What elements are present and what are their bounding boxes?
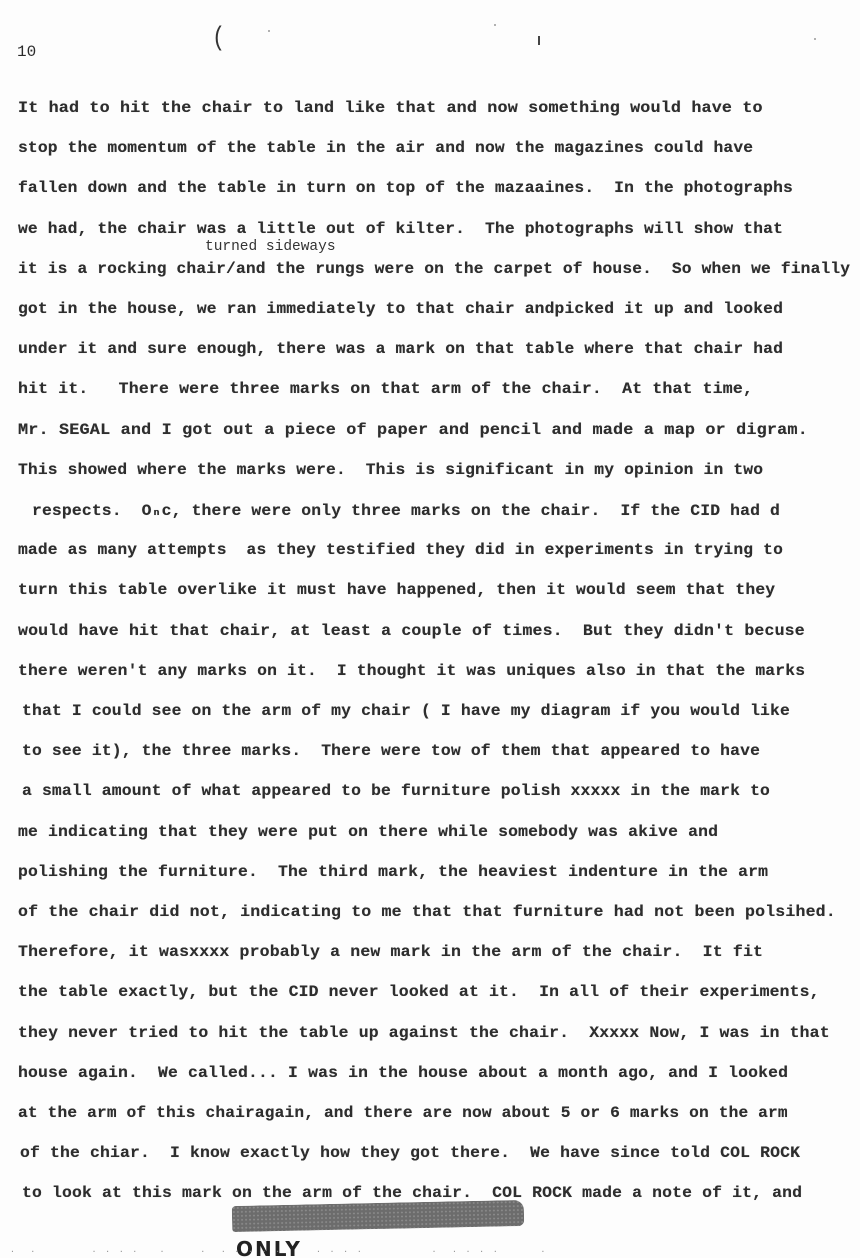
stray-mark-tick xyxy=(538,36,540,45)
text-line: of the chair did not, indicating to me t… xyxy=(18,903,836,921)
speck xyxy=(268,30,270,32)
text-line: got in the house, we ran immediately to … xyxy=(18,300,783,318)
text-line: house again. We called... I was in the h… xyxy=(18,1064,788,1082)
text-line: respects. Oₙc, there were only three mar… xyxy=(22,501,780,520)
text-line: there weren't any marks on it. I thought… xyxy=(18,662,805,680)
text-line: polishing the furniture. The third mark,… xyxy=(18,863,768,881)
stray-mark-paren: ( xyxy=(212,24,225,54)
text-line: at the arm of this chairagain, and there… xyxy=(18,1104,788,1122)
text-line: Mr. SEGAL and I got out a piece of paper… xyxy=(18,421,808,439)
text-line: the table exactly, but the CID never loo… xyxy=(18,983,820,1001)
text-line: stop the momentum of the table in the ai… xyxy=(18,139,753,157)
text-line: we had, the chair was a little out of ki… xyxy=(18,220,783,238)
text-line: to look at this mark on the arm of the c… xyxy=(22,1184,802,1202)
text-line: Therefore, it wasxxxx probably a new mar… xyxy=(18,943,763,961)
text-line: This showed where the marks were. This i… xyxy=(18,461,763,479)
text-line: of the chiar. I know exactly how they go… xyxy=(20,1144,800,1162)
text-line: to see it), the three marks. There were … xyxy=(22,742,760,760)
page-number: 10 xyxy=(17,43,36,61)
text-line: would have hit that chair, at least a co… xyxy=(18,622,805,640)
interlinear-insert: turned sideways xyxy=(205,239,336,255)
text-line: they never tried to hit the table up aga… xyxy=(18,1024,830,1042)
text-line: me indicating that they were put on ther… xyxy=(18,823,718,841)
text-line: it is a rocking chair/and the rungs were… xyxy=(18,260,850,278)
text-line: It had to hit the chair to land like tha… xyxy=(18,99,763,117)
text-line: that I could see on the arm of my chair … xyxy=(22,702,790,720)
text-line: hit it. There were three marks on that a… xyxy=(18,380,753,398)
speck xyxy=(814,38,816,40)
text-line: made as many attempts as they testified … xyxy=(18,541,783,559)
text-line: fallen down and the table in turn on top… xyxy=(18,179,793,197)
scan-noise: . . . . . . . . . . . . . . . . . . . . … xyxy=(10,1246,547,1255)
text-line: under it and sure enough, there was a ma… xyxy=(18,340,783,358)
speck xyxy=(494,24,496,26)
text-line: turn this table overlike it must have ha… xyxy=(18,581,775,599)
redaction-block xyxy=(232,1200,524,1232)
text-line: a small amount of what appeared to be fu… xyxy=(22,782,770,800)
